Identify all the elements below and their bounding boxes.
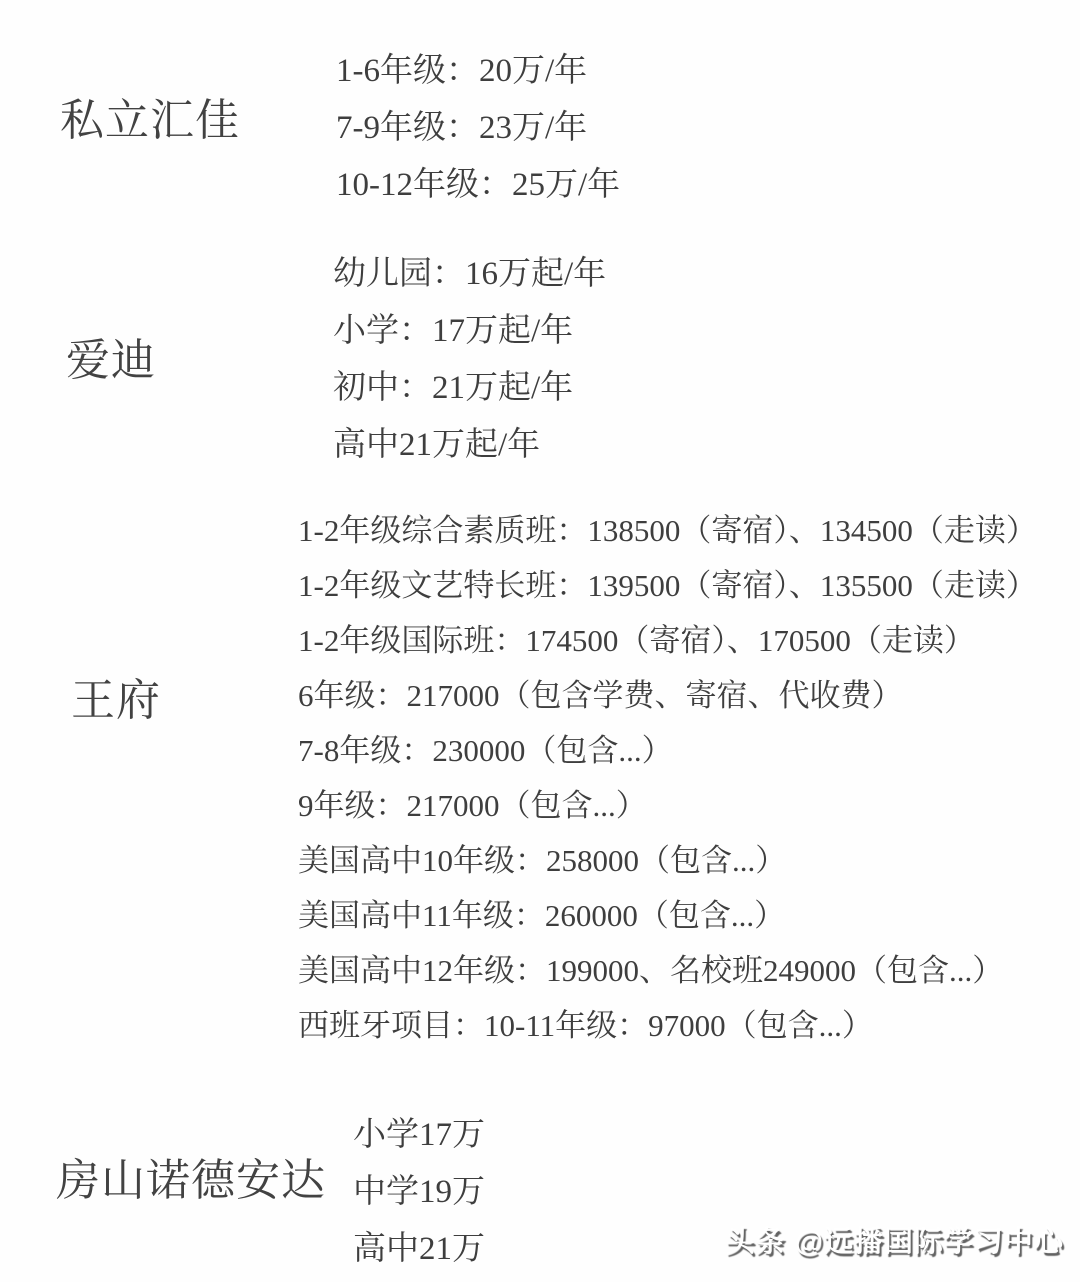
tuition-line: 高中21万	[353, 1221, 485, 1278]
tuition-line: 小学：17万起/年	[333, 303, 606, 360]
tuition-line: 9年级：217000（包含...）	[298, 778, 1037, 833]
tuition-lines-fangshan-nordanglia: 小学17万 中学19万 高中21万	[353, 1107, 485, 1278]
tuition-price-sheet: 私立汇佳 1-6年级：20万/年 7-9年级：23万/年 10-12年级：25万…	[0, 0, 1080, 1282]
school-name-aidi: 爱迪	[66, 339, 156, 383]
tuition-line: 1-6年级：20万/年	[336, 43, 620, 100]
tuition-line: 小学17万	[353, 1107, 485, 1164]
tuition-line: 美国高中10年级：258000（包含...）	[298, 833, 1037, 888]
tuition-line: 7-9年级：23万/年	[336, 100, 620, 157]
tuition-line: 初中：21万起/年	[333, 360, 606, 417]
tuition-line: 美国高中11年级：260000（包含...）	[298, 888, 1037, 943]
tuition-line: 1-2年级综合素质班：138500（寄宿）、134500（走读）	[298, 503, 1037, 558]
tuition-line: 1-2年级文艺特长班：139500（寄宿）、135500（走读）	[298, 558, 1037, 613]
tuition-line: 6年级：217000（包含学费、寄宿、代收费）	[298, 668, 1037, 723]
tuition-line: 高中21万起/年	[333, 417, 606, 474]
tuition-line: 7-8年级：230000（包含...）	[298, 723, 1037, 778]
tuition-line: 西班牙项目：10-11年级：97000（包含...）	[298, 998, 1037, 1053]
tuition-line: 10-12年级：25万/年	[336, 157, 620, 214]
tuition-line: 1-2年级国际班：174500（寄宿）、170500（走读）	[298, 613, 1037, 668]
tuition-line: 美国高中12年级：199000、名校班249000（包含...）	[298, 943, 1037, 998]
tuition-lines-wangfu: 1-2年级综合素质班：138500（寄宿）、134500（走读） 1-2年级文艺…	[298, 503, 1037, 1053]
tuition-line: 中学19万	[353, 1164, 485, 1221]
watermark-toutiao: 头条 @远播国际学习中心	[726, 1224, 1064, 1260]
school-name-sili-huijia: 私立汇佳	[60, 99, 240, 143]
tuition-line: 幼儿园：16万起/年	[333, 246, 606, 303]
school-name-fangshan-nordanglia: 房山诺德安达	[56, 1159, 326, 1203]
tuition-lines-sili-huijia: 1-6年级：20万/年 7-9年级：23万/年 10-12年级：25万/年	[336, 43, 620, 214]
tuition-lines-aidi: 幼儿园：16万起/年 小学：17万起/年 初中：21万起/年 高中21万起/年	[333, 246, 606, 474]
school-name-wangfu: 王府	[71, 679, 161, 723]
